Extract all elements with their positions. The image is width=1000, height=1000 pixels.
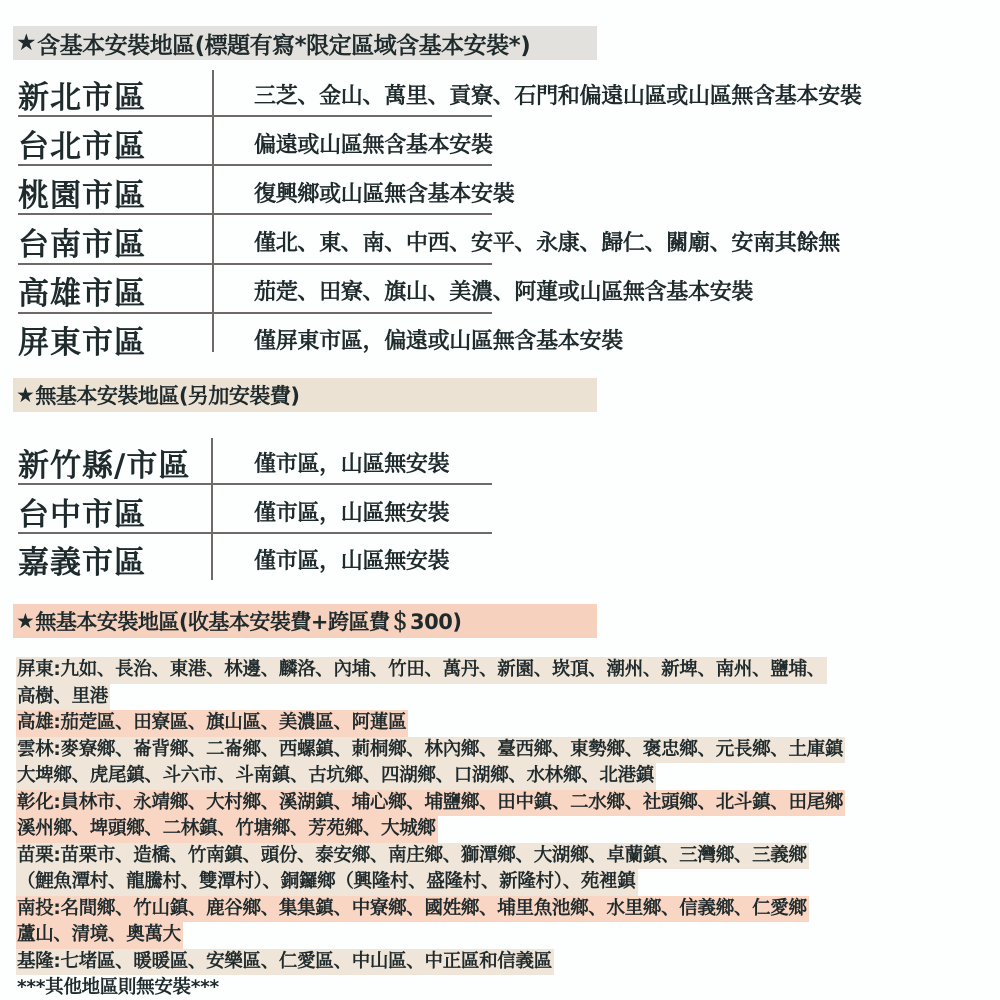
star-icon: ★ — [16, 30, 36, 56]
city-note: 僅北、東、南、中西、安平、永康、歸仁、關廟、安南其餘無 — [254, 226, 840, 257]
city-note: 僅市區，山區無安裝 — [254, 496, 449, 527]
table-row: 台南市區 — [18, 219, 146, 263]
star-icon: ★ — [16, 383, 34, 407]
city-name: 台南市區 — [18, 219, 146, 264]
area-text: 大埤鄉、虎尾鎮、斗六市、斗南鎮、古坑鄉、四湖鄉、口湖鄉、水林鄉、北港鎮 — [16, 763, 656, 790]
list-item: 雲林:麥寮鄉、崙背鄉、二崙鄉、西螺鎮、莿桐鄉、林內鄉、臺西鄉、東勢鄉、褒忠鄉、元… — [16, 737, 986, 764]
table-row: 桃園市區 — [18, 170, 146, 214]
section-title: 含基本安裝地區(標題有寫*限定區域含基本安裝*) — [37, 27, 530, 60]
list-item: 南投:名間鄉、竹山鎮、鹿谷鄉、集集鎮、中寮鄉、國姓鄉、埔里魚池鄉、水里鄉、信義鄉… — [16, 896, 986, 923]
city-name: 高雄市區 — [18, 268, 146, 313]
section-header-no-basic-install: ★ 無基本安裝地區(另加安裝費) — [13, 378, 597, 412]
city-note: 僅屏東市區，偏遠或山區無含基本安裝 — [254, 324, 623, 355]
area-text: 蘆山、清境、奧萬大 — [16, 922, 183, 949]
list-item: （鯉魚潭村、龍騰村、雙潭村）、銅鑼鄉（興隆村、盛隆村、新隆村）、苑裡鎮 — [16, 869, 986, 896]
area-text: 高雄:茄萣區、田寮區、旗山區、美濃區、阿蓮區 — [16, 710, 408, 737]
list-item: 彰化:員林市、永靖鄉、大村鄉、溪湖鎮、埔心鄉、埔鹽鄉、田中鎮、二水鄉、社頭鄉、北… — [16, 790, 986, 817]
area-text: 苗栗:苗栗市、造橋、竹南鎮、頭份、泰安鄉、南庄鄉、獅潭鄉、大湖鄉、卓蘭鎮、三灣鄉… — [16, 843, 809, 870]
table-row: 台北市區 — [18, 121, 146, 165]
city-note: 僅市區，山區無安裝 — [254, 447, 449, 478]
area-text: （鯉魚潭村、龍騰村、雙潭村）、銅鑼鄉（興隆村、盛隆村、新隆村）、苑裡鎮 — [16, 869, 638, 896]
city-note: 三芝、金山、萬里、貢寮、石門和偏遠山區或山區無含基本安裝 — [254, 79, 862, 110]
city-note: 茄萣、田寮、旗山、美濃、阿蓮或山區無含基本安裝 — [254, 275, 753, 306]
table-row: 嘉義市區 — [18, 537, 146, 581]
city-name: 桃園市區 — [18, 170, 146, 215]
star-icon: ★ — [16, 609, 34, 633]
city-note: 僅市區，山區無安裝 — [254, 544, 449, 575]
table-row: 台中市區 — [18, 489, 146, 533]
section-title: 無基本安裝地區(另加安裝費) — [35, 380, 299, 410]
city-note: 偏遠或山區無含基本安裝 — [254, 128, 493, 159]
column-divider — [212, 70, 214, 352]
area-text: 南投:名間鄉、竹山鎮、鹿谷鄉、集集鎮、中寮鄉、國姓鄉、埔里魚池鄉、水里鄉、信義鄉… — [16, 896, 809, 923]
list-item: 大埤鄉、虎尾鎮、斗六市、斗南鎮、古坑鄉、四湖鄉、口湖鄉、水林鄉、北港鎮 — [16, 763, 986, 790]
area-text: 高樹、里港 — [16, 684, 110, 711]
city-name: 新竹縣/市區 — [18, 440, 190, 485]
table-row: 屏東市區 — [18, 317, 146, 361]
area-text: 彰化:員林市、永靖鄉、大村鄉、溪湖鎮、埔心鄉、埔鹽鄉、田中鎮、二水鄉、社頭鄉、北… — [16, 790, 845, 817]
section-header-cross-region-fee: ★ 無基本安裝地區(收基本安裝費+跨區費＄300) — [13, 604, 597, 638]
city-name: 台北市區 — [18, 121, 146, 166]
section-title: 無基本安裝地區(收基本安裝費+跨區費＄300) — [35, 606, 461, 636]
footer-note: ***其他地區則無安裝*** — [16, 975, 986, 1000]
area-text: 屏東:九如、長治、東港、林邊、麟洛、內埔、竹田、萬丹、新園、崁頂、潮州、新埤、南… — [16, 657, 827, 684]
list-item: 基隆:七堵區、暖暖區、安樂區、仁愛區、中山區、中正區和信義區 — [16, 949, 986, 976]
column-divider — [211, 438, 213, 580]
list-item: 高雄:茄萣區、田寮區、旗山區、美濃區、阿蓮區 — [16, 710, 986, 737]
area-text: 基隆:七堵區、暖暖區、安樂區、仁愛區、中山區、中正區和信義區 — [16, 949, 554, 976]
area-text: 溪州鄉、埤頭鄉、二林鎮、竹塘鄉、芳苑鄉、大城鄉 — [16, 816, 438, 843]
list-item: 屏東:九如、長治、東港、林邊、麟洛、內埔、竹田、萬丹、新園、崁頂、潮州、新埤、南… — [16, 657, 986, 684]
city-note: 復興鄉或山區無含基本安裝 — [254, 177, 514, 208]
footer-text: ***其他地區則無安裝*** — [16, 975, 221, 1000]
table-row: 新竹縣/市區 — [18, 440, 190, 484]
list-item: 溪州鄉、埤頭鄉、二林鎮、竹塘鄉、芳苑鄉、大城鄉 — [16, 816, 986, 843]
area-text: 雲林:麥寮鄉、崙背鄉、二崙鄉、西螺鎮、莿桐鄉、林內鄉、臺西鄉、東勢鄉、褒忠鄉、元… — [16, 737, 845, 764]
cross-region-area-list: 屏東:九如、長治、東港、林邊、麟洛、內埔、竹田、萬丹、新園、崁頂、潮州、新埤、南… — [16, 657, 986, 1000]
list-item: 高樹、里港 — [16, 684, 986, 711]
table-row: 高雄市區 — [18, 268, 146, 312]
table-row: 新北市區 — [18, 72, 146, 116]
city-name: 新北市區 — [18, 72, 146, 117]
city-name: 嘉義市區 — [18, 537, 146, 582]
list-item: 苗栗:苗栗市、造橋、竹南鎮、頭份、泰安鄉、南庄鄉、獅潭鄉、大湖鄉、卓蘭鎮、三灣鄉… — [16, 843, 986, 870]
list-item: 蘆山、清境、奧萬大 — [16, 922, 986, 949]
city-name: 屏東市區 — [18, 317, 146, 362]
city-name: 台中市區 — [18, 489, 146, 534]
section-header-basic-install: ★ 含基本安裝地區(標題有寫*限定區域含基本安裝*) — [13, 26, 597, 60]
